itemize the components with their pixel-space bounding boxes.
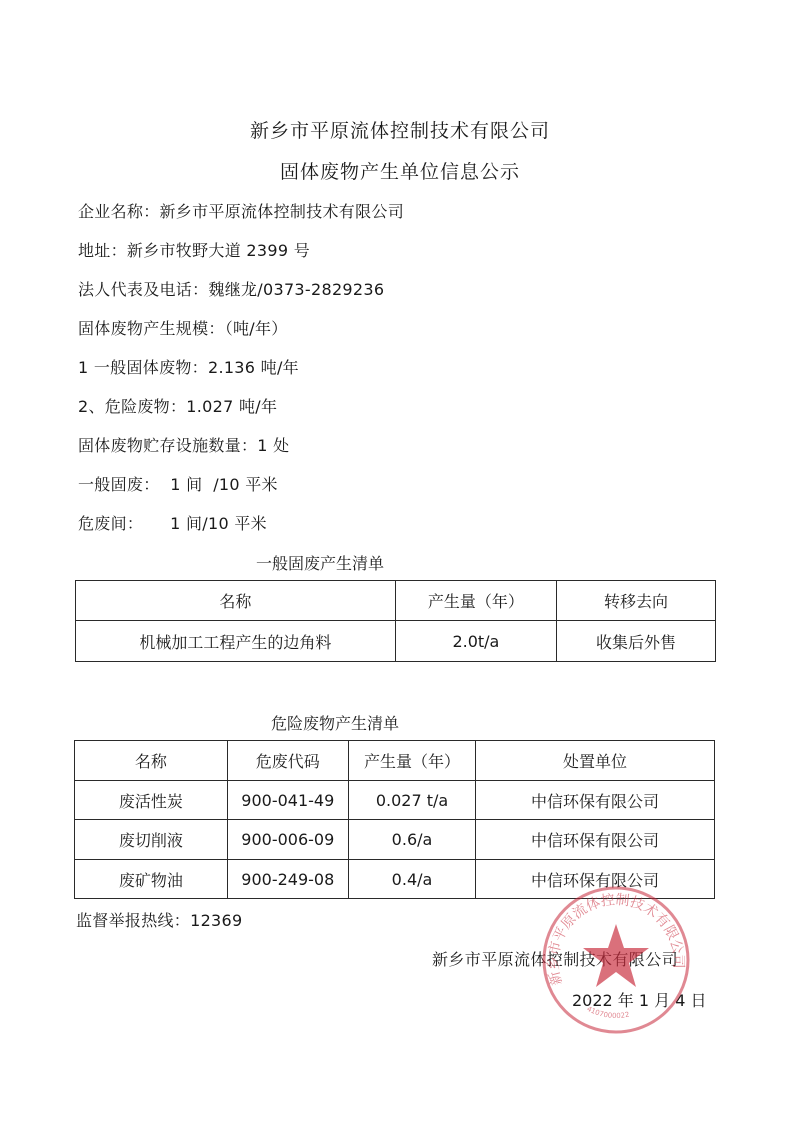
cell-name: 废活性炭	[75, 781, 228, 820]
svg-text:新乡市平原流体控制技术有限公司: 新乡市平原流体控制技术有限公司	[546, 891, 686, 987]
cell-disposal-unit: 中信环保有限公司	[476, 860, 715, 899]
signature-company: 新乡市平原流体控制技术有限公司	[432, 947, 678, 970]
header-amount: 产生量（年）	[348, 741, 475, 781]
table-row: 机械加工工程产生的边角料 2.0t/a 收集后外售	[76, 621, 716, 662]
general-waste-amount: 1 一般固体废物：2.136 吨/年	[78, 355, 299, 378]
general-waste-table: 名称 产生量（年） 转移去向 机械加工工程产生的边角料 2.0t/a 收集后外售	[75, 580, 716, 662]
table-header-row: 名称 危废代码 产生量（年） 处置单位	[75, 741, 715, 781]
signature-date: 2022 年 1 月 4 日	[572, 988, 707, 1011]
hazardous-waste-table: 名称 危废代码 产生量（年） 处置单位 废活性炭 900-041-49 0.02…	[74, 740, 715, 899]
enterprise-name: 企业名称：新乡市平原流体控制技术有限公司	[78, 199, 404, 222]
general-storage-room: 一般固废： 1 间 /10 平米	[78, 472, 278, 495]
cell-amount: 0.4/a	[348, 860, 475, 899]
table-row: 废矿物油 900-249-08 0.4/a 中信环保有限公司	[75, 860, 715, 899]
table-row: 废切削液 900-006-09 0.6/a 中信环保有限公司	[75, 820, 715, 860]
cell-code: 900-041-49	[227, 781, 348, 820]
header-name: 名称	[76, 581, 396, 621]
company-title: 新乡市平原流体控制技术有限公司	[0, 116, 800, 143]
cell-name: 机械加工工程产生的边角料	[76, 621, 396, 662]
cell-name: 废切削液	[75, 820, 228, 860]
scale-heading: 固体废物产生规模：（吨/年）	[78, 316, 288, 339]
cell-amount: 2.0t/a	[395, 621, 556, 662]
document-title: 固体废物产生单位信息公示	[0, 157, 800, 184]
report-hotline: 监督举报热线：12369	[76, 908, 243, 931]
hazardous-waste-amount: 2、危险废物：1.027 吨/年	[78, 394, 277, 417]
cell-destination: 收集后外售	[557, 621, 716, 662]
address: 地址：新乡市牧野大道 2399 号	[78, 238, 310, 261]
cell-disposal-unit: 中信环保有限公司	[476, 781, 715, 820]
cell-name: 废矿物油	[75, 860, 228, 899]
storage-facility-count: 固体废物贮存设施数量：1 处	[78, 433, 289, 456]
cell-amount: 0.027 t/a	[348, 781, 475, 820]
header-disposal-unit: 处置单位	[476, 741, 715, 781]
header-amount: 产生量（年）	[395, 581, 556, 621]
legal-representative: 法人代表及电话：魏继龙/0373-2829236	[78, 277, 384, 300]
cell-code: 900-006-09	[227, 820, 348, 860]
hazardous-table-caption: 危险废物产生清单	[245, 711, 425, 734]
general-table-caption: 一般固废产生清单	[230, 551, 410, 574]
cell-disposal-unit: 中信环保有限公司	[476, 820, 715, 860]
header-destination: 转移去向	[557, 581, 716, 621]
hazardous-storage-room: 危废间： 1 间/10 平米	[78, 511, 267, 534]
cell-amount: 0.6/a	[348, 820, 475, 860]
header-code: 危废代码	[227, 741, 348, 781]
table-header-row: 名称 产生量（年） 转移去向	[76, 581, 716, 621]
header-name: 名称	[75, 741, 228, 781]
seal-ring-text: 新乡市平原流体控制技术有限公司	[546, 891, 686, 987]
cell-code: 900-249-08	[227, 860, 348, 899]
table-row: 废活性炭 900-041-49 0.027 t/a 中信环保有限公司	[75, 781, 715, 820]
